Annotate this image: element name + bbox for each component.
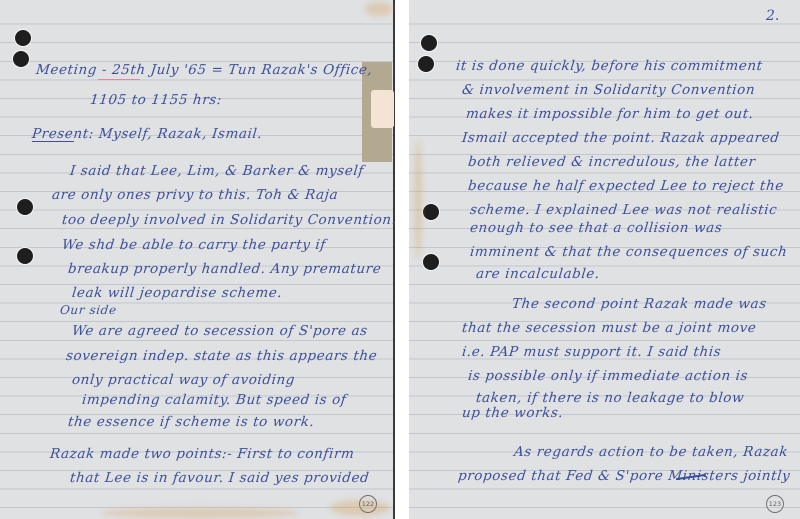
note-line: We are agreed to secession of S'pore as <box>71 323 368 339</box>
note-line: taken, if there is no leakage to blow <box>475 390 745 406</box>
note-line: that Lee is in favour. I said yes provid… <box>69 470 370 486</box>
paper-stain <box>365 2 393 16</box>
page-number: 2. <box>766 8 779 24</box>
page-divider <box>393 0 395 519</box>
archive-stamp: 123 <box>766 495 784 513</box>
note-line: I said that Lee, Lim, & Barker & myself <box>69 163 365 179</box>
note-line: As regards action to be taken, Razak <box>513 444 789 460</box>
note-line: Razak made two points:- First to confirm <box>49 446 355 462</box>
note-line: Ismail accepted the point. Razak appeare… <box>461 130 780 146</box>
heading-text: Meeting - 25th July '65 = Tun Razak's Of… <box>35 62 373 78</box>
note-line: i.e. PAP must support it. I said this <box>461 344 722 360</box>
note-line: are incalculable. <box>475 266 600 282</box>
note-line: leak will jeopardise scheme. <box>71 285 283 301</box>
punch-hole-icon <box>418 56 434 72</box>
note-line: proposed that Fed & S'pore Ministers joi… <box>457 468 791 484</box>
punch-hole-icon <box>13 51 29 67</box>
present-underline <box>32 141 74 142</box>
note-line: We shd be able to carry the party if <box>61 237 327 253</box>
note-line: sovereign indep. state as this appears t… <box>65 348 378 364</box>
note-line: enough to see that a collision was <box>469 220 723 236</box>
note-line: The second point Razak made was <box>511 296 767 312</box>
note-line: the essence if scheme is to work. <box>67 414 315 430</box>
note-line: both relieved & incredulous, the latter <box>467 154 756 170</box>
meeting-time: 1105 to 1155 hrs: <box>89 92 223 108</box>
attendees-line: Present: Myself, Razak, Ismail. <box>31 126 263 142</box>
note-line: it is done quickly, before his commitmen… <box>455 58 763 74</box>
paper-stain <box>100 508 300 518</box>
archive-stamp: 122 <box>359 495 377 513</box>
punch-hole-icon <box>423 254 439 270</box>
note-line: breakup properly handled. Any premature <box>67 261 382 277</box>
punch-hole-icon <box>17 199 33 215</box>
punch-hole-icon <box>17 248 33 264</box>
punch-hole-icon <box>421 35 437 51</box>
note-line: only practical way of avoiding <box>71 372 296 388</box>
note-line: Our side <box>59 303 117 317</box>
punch-hole-icon <box>423 204 439 220</box>
paper-stain <box>414 140 422 260</box>
note-line: impending calamity. But speed is of <box>81 392 347 408</box>
tape-paper-patch <box>371 90 394 128</box>
meeting-heading: Meeting - 25th July '65 = Tun Razak's Of… <box>35 62 373 78</box>
note-line: imminent & that the consequences of such <box>469 244 788 260</box>
note-line: too deeply involved in Solidarity Conven… <box>61 212 397 228</box>
note-line: because he half expected Lee to reject t… <box>467 178 785 194</box>
note-line: & involvement in Solidarity Convention <box>461 82 756 98</box>
note-line: scheme. I explained Lee was not realisti… <box>469 202 778 218</box>
date-underline <box>98 79 140 80</box>
note-line: are only ones privy to this. Toh & Raja <box>51 187 339 203</box>
note-line: makes it impossible for him to get out. <box>465 106 754 122</box>
note-line: up the works. <box>461 405 564 421</box>
punch-hole-icon <box>15 30 31 46</box>
note-line: is possible only if immediate action is <box>467 368 749 384</box>
note-line: that the secession must be a joint move <box>461 320 757 336</box>
